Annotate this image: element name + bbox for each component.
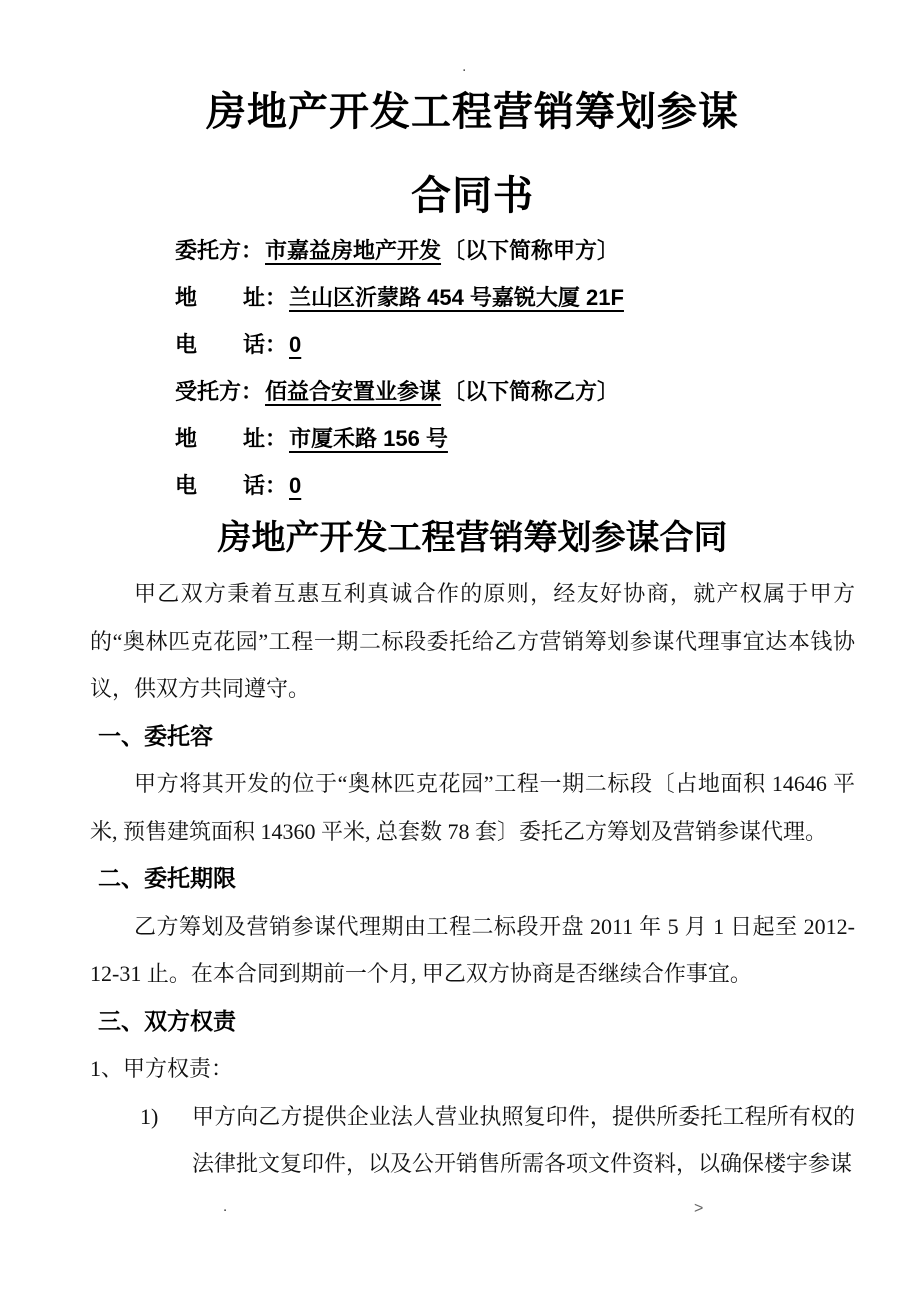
contract-inner-heading: 房地产开发工程营销筹划参谋合同 bbox=[90, 515, 855, 562]
party-label: 电话： bbox=[175, 321, 287, 368]
section-heading-1: 一、委托容 bbox=[98, 713, 855, 761]
document-title-line2: 合同书 bbox=[90, 172, 855, 220]
document-title-line1: 房地产开发工程营销筹划参谋 bbox=[90, 88, 855, 136]
party-label-right: 址： bbox=[243, 415, 287, 462]
party-label-left: 电 bbox=[175, 462, 197, 509]
party-label-right: 话： bbox=[243, 462, 287, 509]
party-row-entrusted: 受托方：佰益合安置业参谋〔以下简称乙方〕 bbox=[175, 368, 855, 415]
party-value: 0 bbox=[289, 473, 301, 498]
party-row-phone-b: 电话：0 bbox=[175, 462, 855, 509]
party-row-phone-a: 电话：0 bbox=[175, 321, 855, 368]
clause-number: 1) bbox=[140, 1093, 158, 1141]
stray-chevron-bottom-right: > bbox=[694, 1200, 703, 1218]
stray-dot-bottom-left: . bbox=[223, 1198, 227, 1215]
stray-dot-top: . bbox=[462, 58, 466, 76]
party-label-left: 地 bbox=[175, 274, 197, 321]
party-value: 0 bbox=[289, 332, 301, 357]
party-row-address-b: 地址：市厦禾路 156 号 bbox=[175, 415, 855, 462]
clause-item-1: 1) 甲方向乙方提供企业法人营业执照复印件，提供所委托工程所有权的法律批文复印件… bbox=[90, 1093, 855, 1188]
section-heading-3: 三、双方权责 bbox=[98, 998, 855, 1046]
party-label-left: 电 bbox=[175, 321, 197, 368]
party-row-entrusting: 委托方：市嘉益房地产开发〔以下简称甲方〕 bbox=[175, 227, 855, 274]
party-label: 委托方： bbox=[175, 227, 263, 274]
intro-paragraph: 甲乙双方秉着互惠互利真诚合作的原则，经友好协商，就产权属于甲方的“奥林匹克花园”… bbox=[90, 570, 855, 713]
contract-body: 甲乙双方秉着互惠互利真诚合作的原则，经友好协商，就产权属于甲方的“奥林匹克花园”… bbox=[90, 570, 855, 1188]
section-body-1: 甲方将其开发的位于“奥林匹克花园”工程一期二标段〔占地面积 14646 平米, … bbox=[90, 760, 855, 855]
party-value: 佰益合安置业参谋 bbox=[265, 379, 441, 404]
document-content: 房地产开发工程营销筹划参谋 合同书 委托方：市嘉益房地产开发〔以下简称甲方〕 地… bbox=[0, 88, 920, 1188]
party-label: 电话： bbox=[175, 462, 287, 509]
party-label-left: 地 bbox=[175, 415, 197, 462]
section-heading-2: 二、委托期限 bbox=[98, 855, 855, 903]
section-body-2: 乙方筹划及营销参谋代理期由工程二标段开盘 2011 年 5 月 1 日起至 20… bbox=[90, 903, 855, 998]
clause-text: 甲方向乙方提供企业法人营业执照复印件，提供所委托工程所有权的法律批文复印件，以及… bbox=[192, 1104, 855, 1177]
party-label: 受托方： bbox=[175, 368, 263, 415]
party-label-right: 址： bbox=[243, 274, 287, 321]
party-label-right: 话： bbox=[243, 321, 287, 368]
party-label: 地址： bbox=[175, 415, 287, 462]
party-value: 兰山区沂蒙路 454 号嘉锐大厦 21F bbox=[289, 285, 624, 310]
clause-group-title: 1、甲方权责： bbox=[90, 1045, 855, 1093]
document-page: . 房地产开发工程营销筹划参谋 合同书 委托方：市嘉益房地产开发〔以下简称甲方〕… bbox=[0, 0, 920, 1302]
party-label: 地址： bbox=[175, 274, 287, 321]
party-suffix: 〔以下简称乙方〕 bbox=[443, 379, 619, 404]
party-value: 市厦禾路 156 号 bbox=[289, 426, 448, 451]
party-row-address-a: 地址：兰山区沂蒙路 454 号嘉锐大厦 21F bbox=[175, 274, 855, 321]
parties-block: 委托方：市嘉益房地产开发〔以下简称甲方〕 地址：兰山区沂蒙路 454 号嘉锐大厦… bbox=[175, 227, 855, 509]
party-value: 市嘉益房地产开发 bbox=[265, 238, 441, 263]
party-suffix: 〔以下简称甲方〕 bbox=[443, 238, 619, 263]
